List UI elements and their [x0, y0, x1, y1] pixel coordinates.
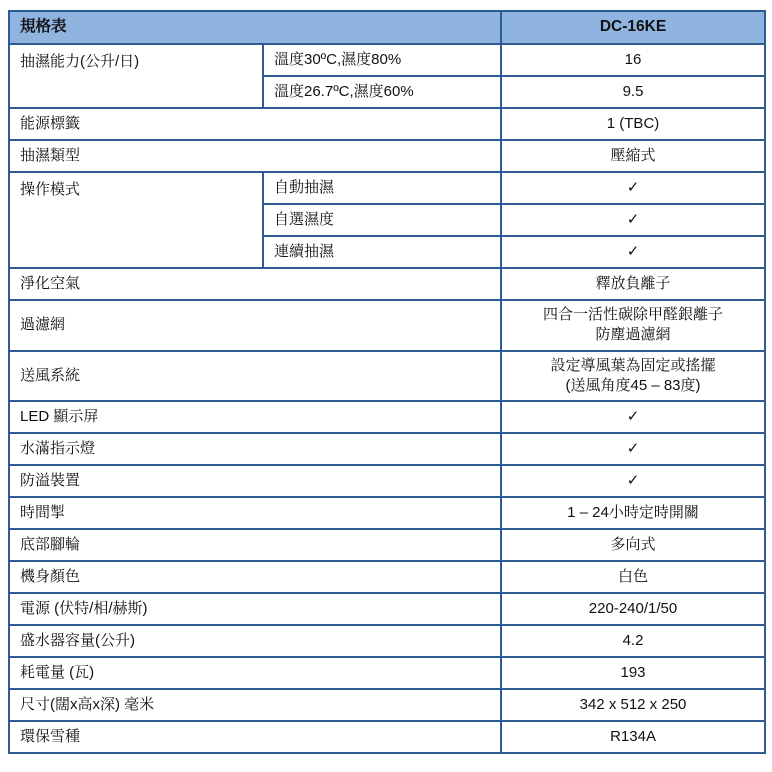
- check-icon: ✓: [501, 401, 765, 433]
- check-icon: ✓: [501, 465, 765, 497]
- spec-row-casters: 底部腳輪 多向式: [9, 529, 765, 561]
- row-value-filter: 四合一活性碳除甲醛銀離子 防塵過濾網: [501, 300, 765, 351]
- sub-label-condition-1: 溫度30ºC,濕度80%: [263, 44, 501, 76]
- sub-label-select-humidity: 自選濕度: [263, 204, 501, 236]
- row-value-timer: 1 – 24小時定時開關: [501, 497, 765, 529]
- row-label-capacity: 抽濕能力(公升/日): [9, 44, 263, 108]
- sub-label-continuous-dehumidify: 連續抽濕: [263, 236, 501, 268]
- row-value-body-color: 白色: [501, 561, 765, 593]
- row-label-dimensions: 尺寸(闊x高x深) 毫米: [9, 689, 501, 721]
- spec-row-capacity-1: 抽濕能力(公升/日) 溫度30ºC,濕度80% 16: [9, 44, 765, 76]
- spec-row-led-display: LED 顯示屏 ✓: [9, 401, 765, 433]
- row-label-air-delivery: 送風系統: [9, 351, 501, 402]
- row-label-type: 抽濕類型: [9, 140, 501, 172]
- row-value-dimensions: 342 x 512 x 250: [501, 689, 765, 721]
- row-label-overflow-protection: 防溢裝置: [9, 465, 501, 497]
- spec-row-mode-auto: 操作模式 自動抽濕 ✓: [9, 172, 765, 204]
- air-delivery-value-line2: (送風角度45 – 83度): [510, 376, 756, 396]
- row-value-energy: 1 (TBC): [501, 108, 765, 140]
- row-label-operation-mode: 操作模式: [9, 172, 263, 268]
- spec-row-tank-capacity: 盛水器容量(公升) 4.2: [9, 625, 765, 657]
- row-value-casters: 多向式: [501, 529, 765, 561]
- check-icon: ✓: [501, 172, 765, 204]
- spec-row-power-supply: 電源 (伏特/相/赫斯) 220-240/1/50: [9, 593, 765, 625]
- check-icon: ✓: [501, 204, 765, 236]
- spec-row-refrigerant: 環保雪種 R134A: [9, 721, 765, 753]
- table-header-row: 規格表 DC-16KE: [9, 11, 765, 44]
- row-value-air-purify: 釋放負離子: [501, 268, 765, 300]
- check-icon: ✓: [501, 433, 765, 465]
- row-value-capacity-2: 9.5: [501, 76, 765, 108]
- check-icon: ✓: [501, 236, 765, 268]
- spec-row-filter: 過濾網 四合一活性碳除甲醛銀離子 防塵過濾網: [9, 300, 765, 351]
- spec-row-air-purify: 淨化空氣 釋放負離子: [9, 268, 765, 300]
- row-label-water-full-indicator: 水滿指示燈: [9, 433, 501, 465]
- row-label-led-display: LED 顯示屏: [9, 401, 501, 433]
- row-label-tank-capacity: 盛水器容量(公升): [9, 625, 501, 657]
- row-label-air-purify: 淨化空氣: [9, 268, 501, 300]
- row-label-refrigerant: 環保雪種: [9, 721, 501, 753]
- spec-sheet-page: 規格表 DC-16KE 抽濕能力(公升/日) 溫度30ºC,濕度80% 16 溫…: [0, 0, 772, 764]
- row-label-energy: 能源標籤: [9, 108, 501, 140]
- model-header: DC-16KE: [501, 11, 765, 44]
- row-value-power-supply: 220-240/1/50: [501, 593, 765, 625]
- spec-row-dimensions: 尺寸(闊x高x深) 毫米 342 x 512 x 250: [9, 689, 765, 721]
- air-delivery-value-line1: 設定導風葉為固定或搖擺: [510, 356, 756, 376]
- filter-value-line2: 防塵過濾網: [510, 325, 756, 345]
- row-label-body-color: 機身顏色: [9, 561, 501, 593]
- row-value-type: 壓縮式: [501, 140, 765, 172]
- row-label-power-consumption: 耗電量 (瓦): [9, 657, 501, 689]
- spec-row-type: 抽濕類型 壓縮式: [9, 140, 765, 172]
- sub-label-auto-dehumidify: 自動抽濕: [263, 172, 501, 204]
- spec-row-timer: 時間掣 1 – 24小時定時開關: [9, 497, 765, 529]
- spec-row-body-color: 機身顏色 白色: [9, 561, 765, 593]
- row-label-casters: 底部腳輪: [9, 529, 501, 561]
- spec-table: 規格表 DC-16KE 抽濕能力(公升/日) 溫度30ºC,濕度80% 16 溫…: [8, 10, 766, 754]
- spec-row-energy-label: 能源標籤 1 (TBC): [9, 108, 765, 140]
- row-value-refrigerant: R134A: [501, 721, 765, 753]
- spec-row-air-delivery: 送風系統 設定導風葉為固定或搖擺 (送風角度45 – 83度): [9, 351, 765, 402]
- row-value-tank-capacity: 4.2: [501, 625, 765, 657]
- table-title: 規格表: [9, 11, 501, 44]
- row-label-filter: 過濾網: [9, 300, 501, 351]
- row-value-air-delivery: 設定導風葉為固定或搖擺 (送風角度45 – 83度): [501, 351, 765, 402]
- row-label-power-supply: 電源 (伏特/相/赫斯): [9, 593, 501, 625]
- sub-label-condition-2: 溫度26.7ºC,濕度60%: [263, 76, 501, 108]
- spec-row-power-consumption: 耗電量 (瓦) 193: [9, 657, 765, 689]
- row-value-capacity-1: 16: [501, 44, 765, 76]
- row-value-power-consumption: 193: [501, 657, 765, 689]
- filter-value-line1: 四合一活性碳除甲醛銀離子: [510, 305, 756, 325]
- spec-row-overflow-protection: 防溢裝置 ✓: [9, 465, 765, 497]
- row-label-timer: 時間掣: [9, 497, 501, 529]
- spec-row-water-full-indicator: 水滿指示燈 ✓: [9, 433, 765, 465]
